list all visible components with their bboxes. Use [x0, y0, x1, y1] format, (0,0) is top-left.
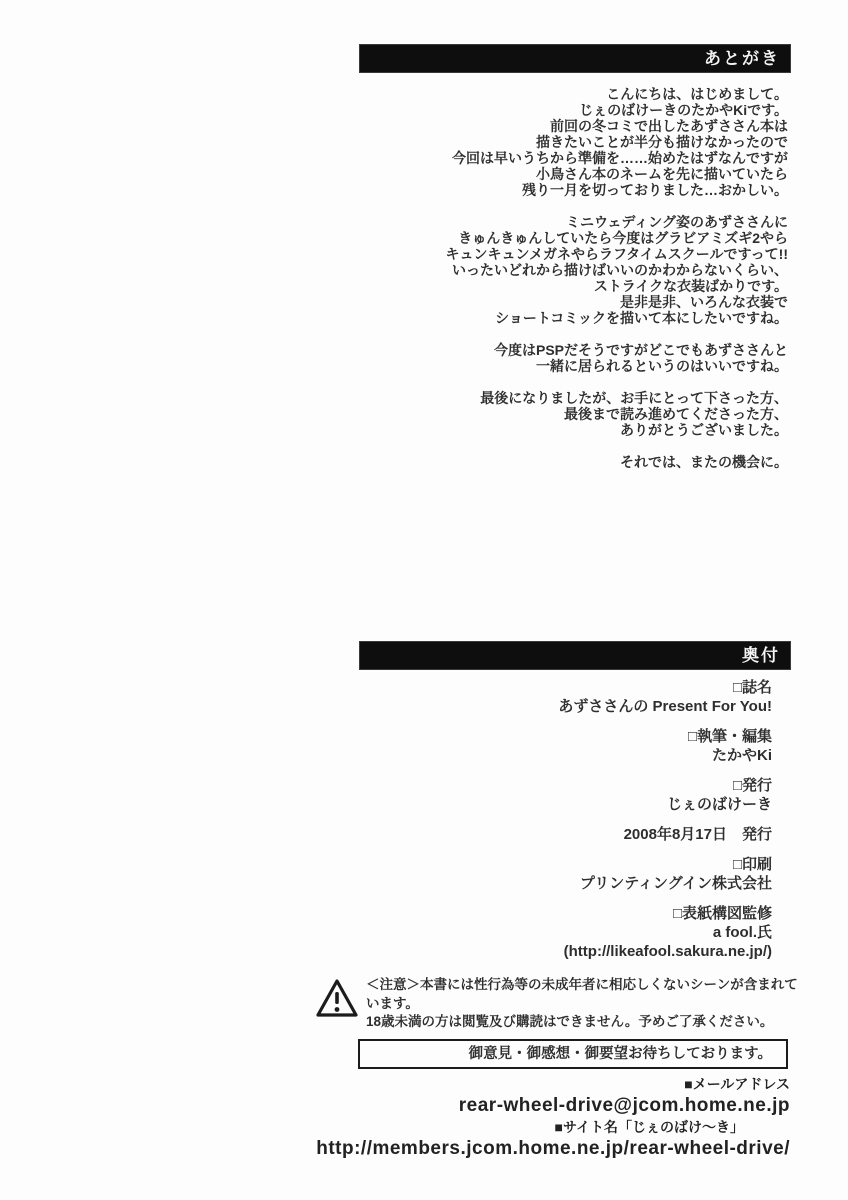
afterword-line: 最後まで読み進めてくださった方、	[228, 406, 788, 422]
colophon-entry: □発行じぇのばけーき	[292, 776, 772, 814]
colophon-entry-value: (http://likeafool.sakura.ne.jp/)	[292, 942, 772, 961]
colophon-entry-label: □発行	[292, 776, 772, 795]
scanned-afterword-page: あとがき こんにちは、はじめまして。じぇのばけーきのたかやKiです。前回の冬コミ…	[0, 0, 848, 1200]
colophon-entry-label: □印刷	[292, 855, 772, 874]
contact-block: ■メールアドレス rear-wheel-drive@jcom.home.ne.j…	[270, 1075, 790, 1161]
afterword-line: キュンキュンメガネやらラフタイムスクールですって!!	[228, 246, 788, 262]
warning-line-2: 18歳未満の方は閲覧及び購読はできません。予めご了承ください。	[366, 1013, 802, 1032]
afterword-line: 残り一月を切っておりました…おかしい。	[228, 182, 788, 198]
warning-triangle-icon	[316, 978, 358, 1023]
afterword-line: 小鳥さん本のネームを先に描いていたら	[228, 166, 788, 182]
afterword-line: 今度はPSPだそうですがどこでもあずささんと	[228, 342, 788, 358]
afterword-paragraph: ミニウェディング姿のあずささんにきゅんきゅんしていたら今度はグラビアミズギ2やら…	[228, 214, 788, 326]
colophon-entry-label: □誌名	[292, 678, 772, 697]
age-warning: ＜注意＞本書には性行為等の未成年者に相応しくないシーンが含まれています。 18歳…	[316, 976, 802, 1032]
afterword-paragraph: 今度はPSPだそうですがどこでもあずささんと一緒に居られるというのはいいですね。	[228, 342, 788, 374]
site-name-label: ■サイト名「じぇのばけ～き」	[270, 1118, 790, 1136]
colophon-entry: □誌名あずささんの Present For You!	[292, 678, 772, 716]
colophon-entry-value: a fool.氏	[292, 923, 772, 942]
colophon-entry-label: □表紙構図監修	[292, 904, 772, 923]
afterword-line: 最後になりましたが、お手にとって下さった方、	[228, 390, 788, 406]
colophon-entry: □印刷プリンティングイン株式会社	[292, 855, 772, 893]
feedback-box: 御意見・御感想・御要望お待ちしております。	[358, 1039, 788, 1069]
email-label: ■メールアドレス	[270, 1075, 790, 1093]
site-url: http://members.jcom.home.ne.jp/rear-whee…	[270, 1136, 790, 1161]
afterword-paragraph: 最後になりましたが、お手にとって下さった方、最後まで読み進めてくださった方、あり…	[228, 390, 788, 438]
email-address: rear-wheel-drive@jcom.home.ne.jp	[270, 1093, 790, 1118]
warning-line-1: ＜注意＞本書には性行為等の未成年者に相応しくないシーンが含まれています。	[366, 976, 802, 1013]
colophon-entry-label: □執筆・編集	[292, 727, 772, 746]
afterword-line: それでは、またの機会に。	[228, 454, 788, 470]
warning-text: ＜注意＞本書には性行為等の未成年者に相応しくないシーンが含まれています。 18歳…	[366, 976, 802, 1032]
afterword-line: ストライクな衣装ばかりです。	[228, 278, 788, 294]
afterword-line: 前回の冬コミで出したあずささん本は	[228, 118, 788, 134]
afterword-line: いったいどれから描けばいいのかわからないくらい、	[228, 262, 788, 278]
afterword-paragraph: こんにちは、はじめまして。じぇのばけーきのたかやKiです。前回の冬コミで出したあ…	[228, 86, 788, 198]
colophon-entry: 2008年8月17日 発行	[292, 825, 772, 844]
colophon-header-bar: 奥付	[360, 642, 790, 669]
feedback-text: 御意見・御感想・御要望お待ちしております。	[469, 1046, 772, 1062]
afterword-line: じぇのばけーきのたかやKiです。	[228, 102, 788, 118]
colophon-entry-value: あずささんの Present For You!	[292, 697, 772, 716]
colophon-entries: □誌名あずささんの Present For You!□執筆・編集たかやKi□発行…	[292, 678, 772, 961]
afterword-header-bar: あとがき	[360, 45, 790, 72]
colophon-header-label: 奥付	[742, 646, 780, 665]
afterword-line: 描きたいことが半分も描けなかったので	[228, 134, 788, 150]
afterword-line: きゅんきゅんしていたら今度はグラビアミズギ2やら	[228, 230, 788, 246]
afterword-line: 一緒に居られるというのはいいですね。	[228, 358, 788, 374]
afterword-paragraph: それでは、またの機会に。	[228, 454, 788, 470]
afterword-line: 是非是非、いろんな衣装で	[228, 294, 788, 310]
colophon-entry-value: たかやKi	[292, 746, 772, 765]
afterword-header-label: あとがき	[704, 49, 780, 68]
colophon-entry: □執筆・編集たかやKi	[292, 727, 772, 765]
afterword-line: ありがとうございました。	[228, 422, 788, 438]
afterword-line: こんにちは、はじめまして。	[228, 86, 788, 102]
colophon-entry-value: プリンティングイン株式会社	[292, 874, 772, 893]
afterword-paragraphs: こんにちは、はじめまして。じぇのばけーきのたかやKiです。前回の冬コミで出したあ…	[228, 86, 788, 470]
colophon-entry-value: じぇのばけーき	[292, 795, 772, 814]
afterword-line: ミニウェディング姿のあずささんに	[228, 214, 788, 230]
afterword-line: ショートコミックを描いて本にしたいですね。	[228, 310, 788, 326]
colophon-entry: □表紙構図監修a fool.氏(http://likeafool.sakura.…	[292, 904, 772, 961]
colophon-entry-value: 2008年8月17日 発行	[292, 825, 772, 844]
afterword-line: 今回は早いうちから準備を……始めたはずなんですが	[228, 150, 788, 166]
